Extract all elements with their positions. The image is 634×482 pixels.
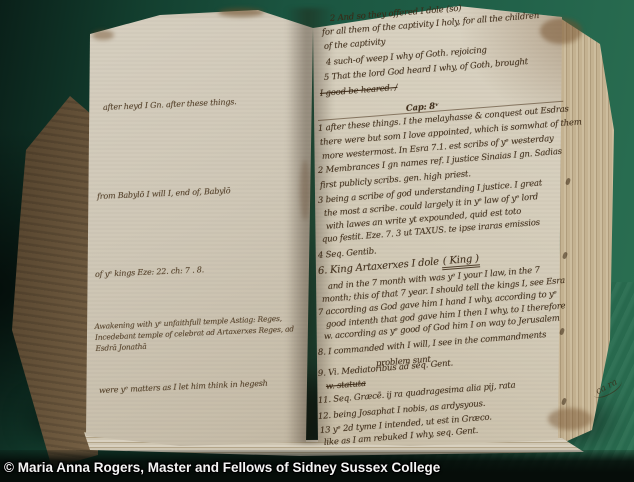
handwriting-line: w. statuta bbox=[326, 379, 367, 392]
handwriting-line: Awakening with yᵉ unfaithfull temple Ast… bbox=[94, 312, 307, 354]
stain bbox=[218, 8, 264, 17]
chapter-heading: Cap: 8ᵛ bbox=[406, 101, 440, 114]
left-page-handwriting: after heyd I Gn. after these things. fro… bbox=[95, 55, 310, 447]
handwriting-line: I good be heared. / bbox=[320, 83, 398, 99]
handwriting-line: from Babylō I will I, end of, Babylō bbox=[97, 186, 231, 201]
handwriting-line: 4 Seq. Gentib. bbox=[318, 246, 377, 261]
right-page-handwriting: 2 And so they offered I dole (so) for al… bbox=[318, 8, 568, 448]
handwriting-line: of yᵉ kings Eze: 22. ch: 7 . 8. bbox=[95, 265, 204, 279]
handwriting-line: after heyd I Gn. after these things. bbox=[103, 97, 237, 112]
king-circled-note: ( King ) bbox=[441, 253, 480, 270]
stain bbox=[92, 30, 114, 40]
handwriting-line: of the captivity bbox=[324, 37, 386, 52]
handwriting-line: were yᵉ matters as I let him think in he… bbox=[99, 379, 268, 395]
photo-of-manuscript: after heyd I Gn. after these things. fro… bbox=[0, 0, 634, 482]
photo-credit: © Maria Anna Rogers, Master and Fellows … bbox=[4, 460, 440, 475]
